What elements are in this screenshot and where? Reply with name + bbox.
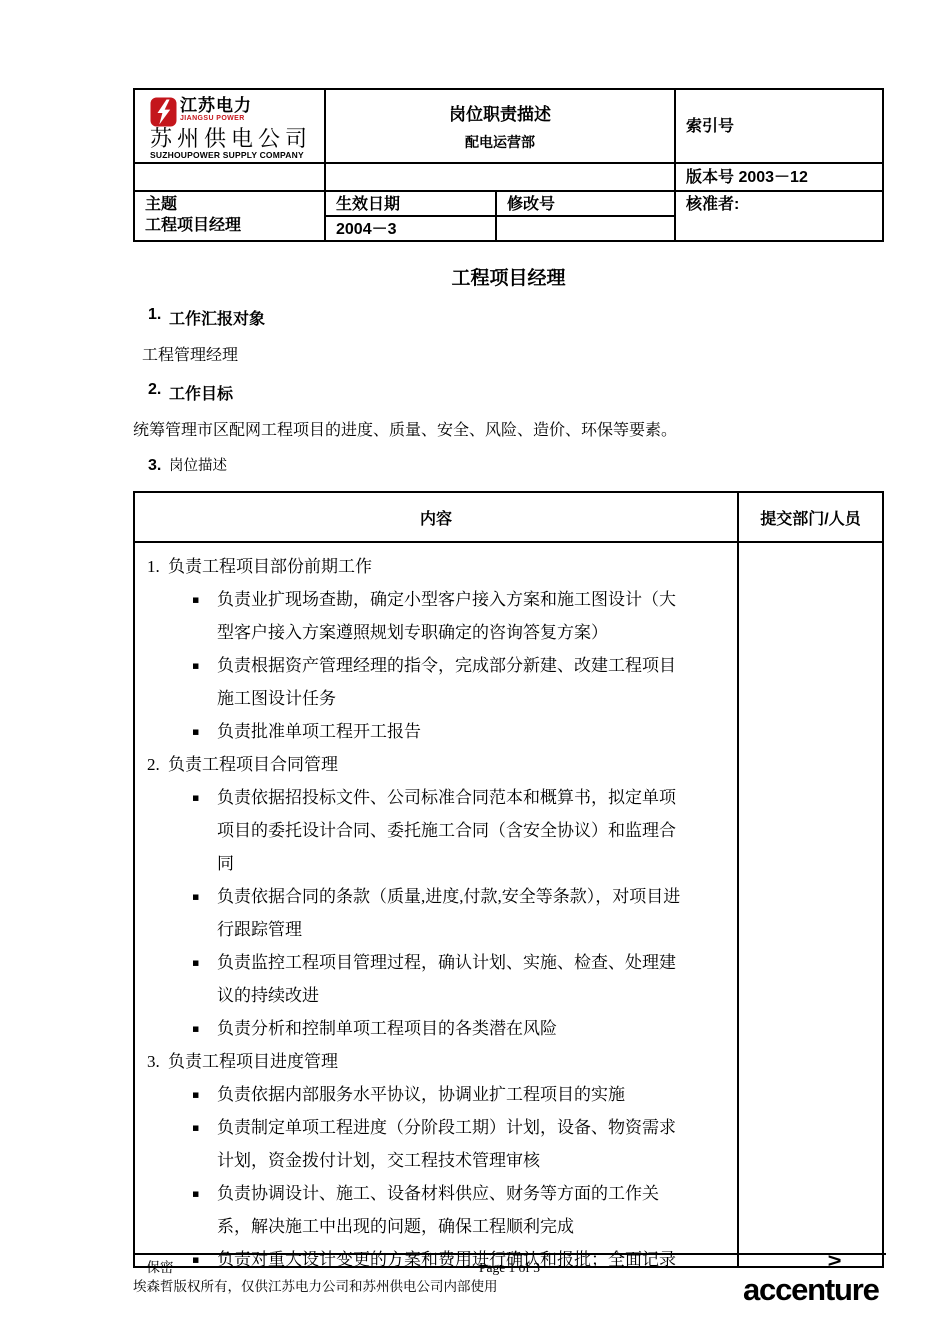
- logo-en-name: JIANGSU POWER: [180, 115, 252, 123]
- version-number: 版本号 2003－12: [676, 164, 884, 192]
- duty-item-title: 2.负责工程项目合同管理: [135, 748, 687, 781]
- effective-date-label: 生效日期: [326, 192, 497, 217]
- subject-cell: 主题 工程项目经理: [135, 192, 326, 242]
- greater-than-arrow-icon: >: [828, 1253, 842, 1271]
- section-title: 工作汇报对象: [169, 306, 265, 329]
- duty-bullet: ▪负责分析和控制单项工程项目的各类潜在风险: [135, 1012, 687, 1045]
- section-number: 2.: [148, 381, 169, 404]
- duty-bullet: ▪负责制定单项工程进度（分阶段工期）计划，设备、物资需求计划，资金拨付计划，交工…: [135, 1111, 687, 1177]
- revision-number-value: [497, 217, 676, 242]
- logo-cn-name: 江苏电力: [180, 97, 252, 115]
- duty-col-content-header: 内容: [135, 493, 739, 543]
- doc-department: 配电运营部: [326, 132, 674, 152]
- doc-title-cell: 岗位职责描述 配电运营部: [326, 90, 676, 164]
- revision-number-label: 修改号: [497, 192, 676, 217]
- section-number: 3.: [148, 457, 169, 475]
- header-table: 江苏电力 JIANGSU POWER 苏州供电公司 SUZHOUPOWER SU…: [133, 88, 884, 242]
- subject-label: 主题: [145, 194, 324, 215]
- duty-bullet: ▪负责监控工程项目管理过程，确认计划、实施、检查、处理建议的持续改进: [135, 946, 687, 1012]
- duty-item-title: 3.负责工程项目进度管理: [135, 1045, 687, 1078]
- logo-company-cn: 苏州供电公司: [150, 127, 320, 151]
- duty-bullet: ▪负责业扩现场查勘，确定小型客户接入方案和施工图设计（大型客户接入方案遵照规划专…: [135, 583, 687, 649]
- company-logo: 江苏电力 JIANGSU POWER 苏州供电公司 SUZHOUPOWER SU…: [135, 90, 326, 164]
- duty-bullet: ▪负责根据资产管理经理的指令，完成部分新建、改建工程项目施工图设计任务: [135, 649, 687, 715]
- section-number: 1.: [148, 306, 169, 329]
- duty-bullet: ▪负责依据合同的条款（质量,进度,付款,安全等条款），对项目进行跟踪管理: [135, 880, 687, 946]
- section-text-2: 统筹管理市区配网工程项目的进度、质量、安全、风险、造价、环保等要素。: [133, 417, 884, 440]
- page-footer: Page 1 of 3 －保密－ 埃森哲版权所有，仅供江苏电力公司和苏州供电公司…: [133, 1253, 886, 1296]
- effective-date-value: 2004－3: [326, 217, 497, 242]
- logo-company-en: SUZHOUPOWER SUPPLY COMPANY: [150, 151, 320, 160]
- empty-cell: [135, 164, 326, 192]
- duty-bullet: ▪负责依据内部服务水平协议，协调业扩工程项目的实施: [135, 1078, 687, 1111]
- section-title: 岗位描述: [169, 454, 227, 475]
- doc-title: 岗位职责描述: [326, 100, 674, 125]
- index-number-label: 索引号: [676, 90, 884, 164]
- section-heading-2: 2. 工作目标: [133, 381, 884, 404]
- duty-table: 内容 提交部门/人员 1.负责工程项目部份前期工作▪负责业扩现场查勘，确定小型客…: [133, 491, 884, 1268]
- page-title: 工程项目经理: [133, 263, 884, 290]
- section-heading-3: 3. 岗位描述: [133, 454, 884, 475]
- duty-bullet: ▪负责协调设计、施工、设备材料供应、财务等方面的工作关系，解决施工中出现的问题，…: [135, 1177, 687, 1243]
- duty-list: 1.负责工程项目部份前期工作▪负责业扩现场查勘，确定小型客户接入方案和施工图设计…: [135, 543, 739, 1268]
- section-text-1: 工程管理经理: [133, 342, 884, 365]
- duty-item-title: 1.负责工程项目部份前期工作: [135, 550, 687, 583]
- document-page: 江苏电力 JIANGSU POWER 苏州供电公司 SUZHOUPOWER SU…: [0, 0, 950, 1344]
- section-heading-1: 1. 工作汇报对象: [133, 306, 884, 329]
- duty-bullet: ▪负责批准单项工程开工报告: [135, 715, 687, 748]
- empty-cell: [326, 164, 676, 192]
- subject-value: 工程项目经理: [145, 215, 324, 236]
- duty-col-submit-header: 提交部门/人员: [739, 493, 884, 543]
- duty-bullet: ▪负责依据招投标文件、公司标准合同范本和概算书，拟定单项项目的委托设计合同、委托…: [135, 781, 687, 880]
- section-title: 工作目标: [169, 381, 233, 404]
- approver-label: 核准者:: [676, 192, 884, 242]
- duty-submit-cell-empty: [739, 543, 884, 1268]
- lightning-icon: [150, 97, 177, 127]
- accenture-logo: > accenture: [743, 1255, 893, 1307]
- accenture-wordmark: accenture: [743, 1275, 879, 1305]
